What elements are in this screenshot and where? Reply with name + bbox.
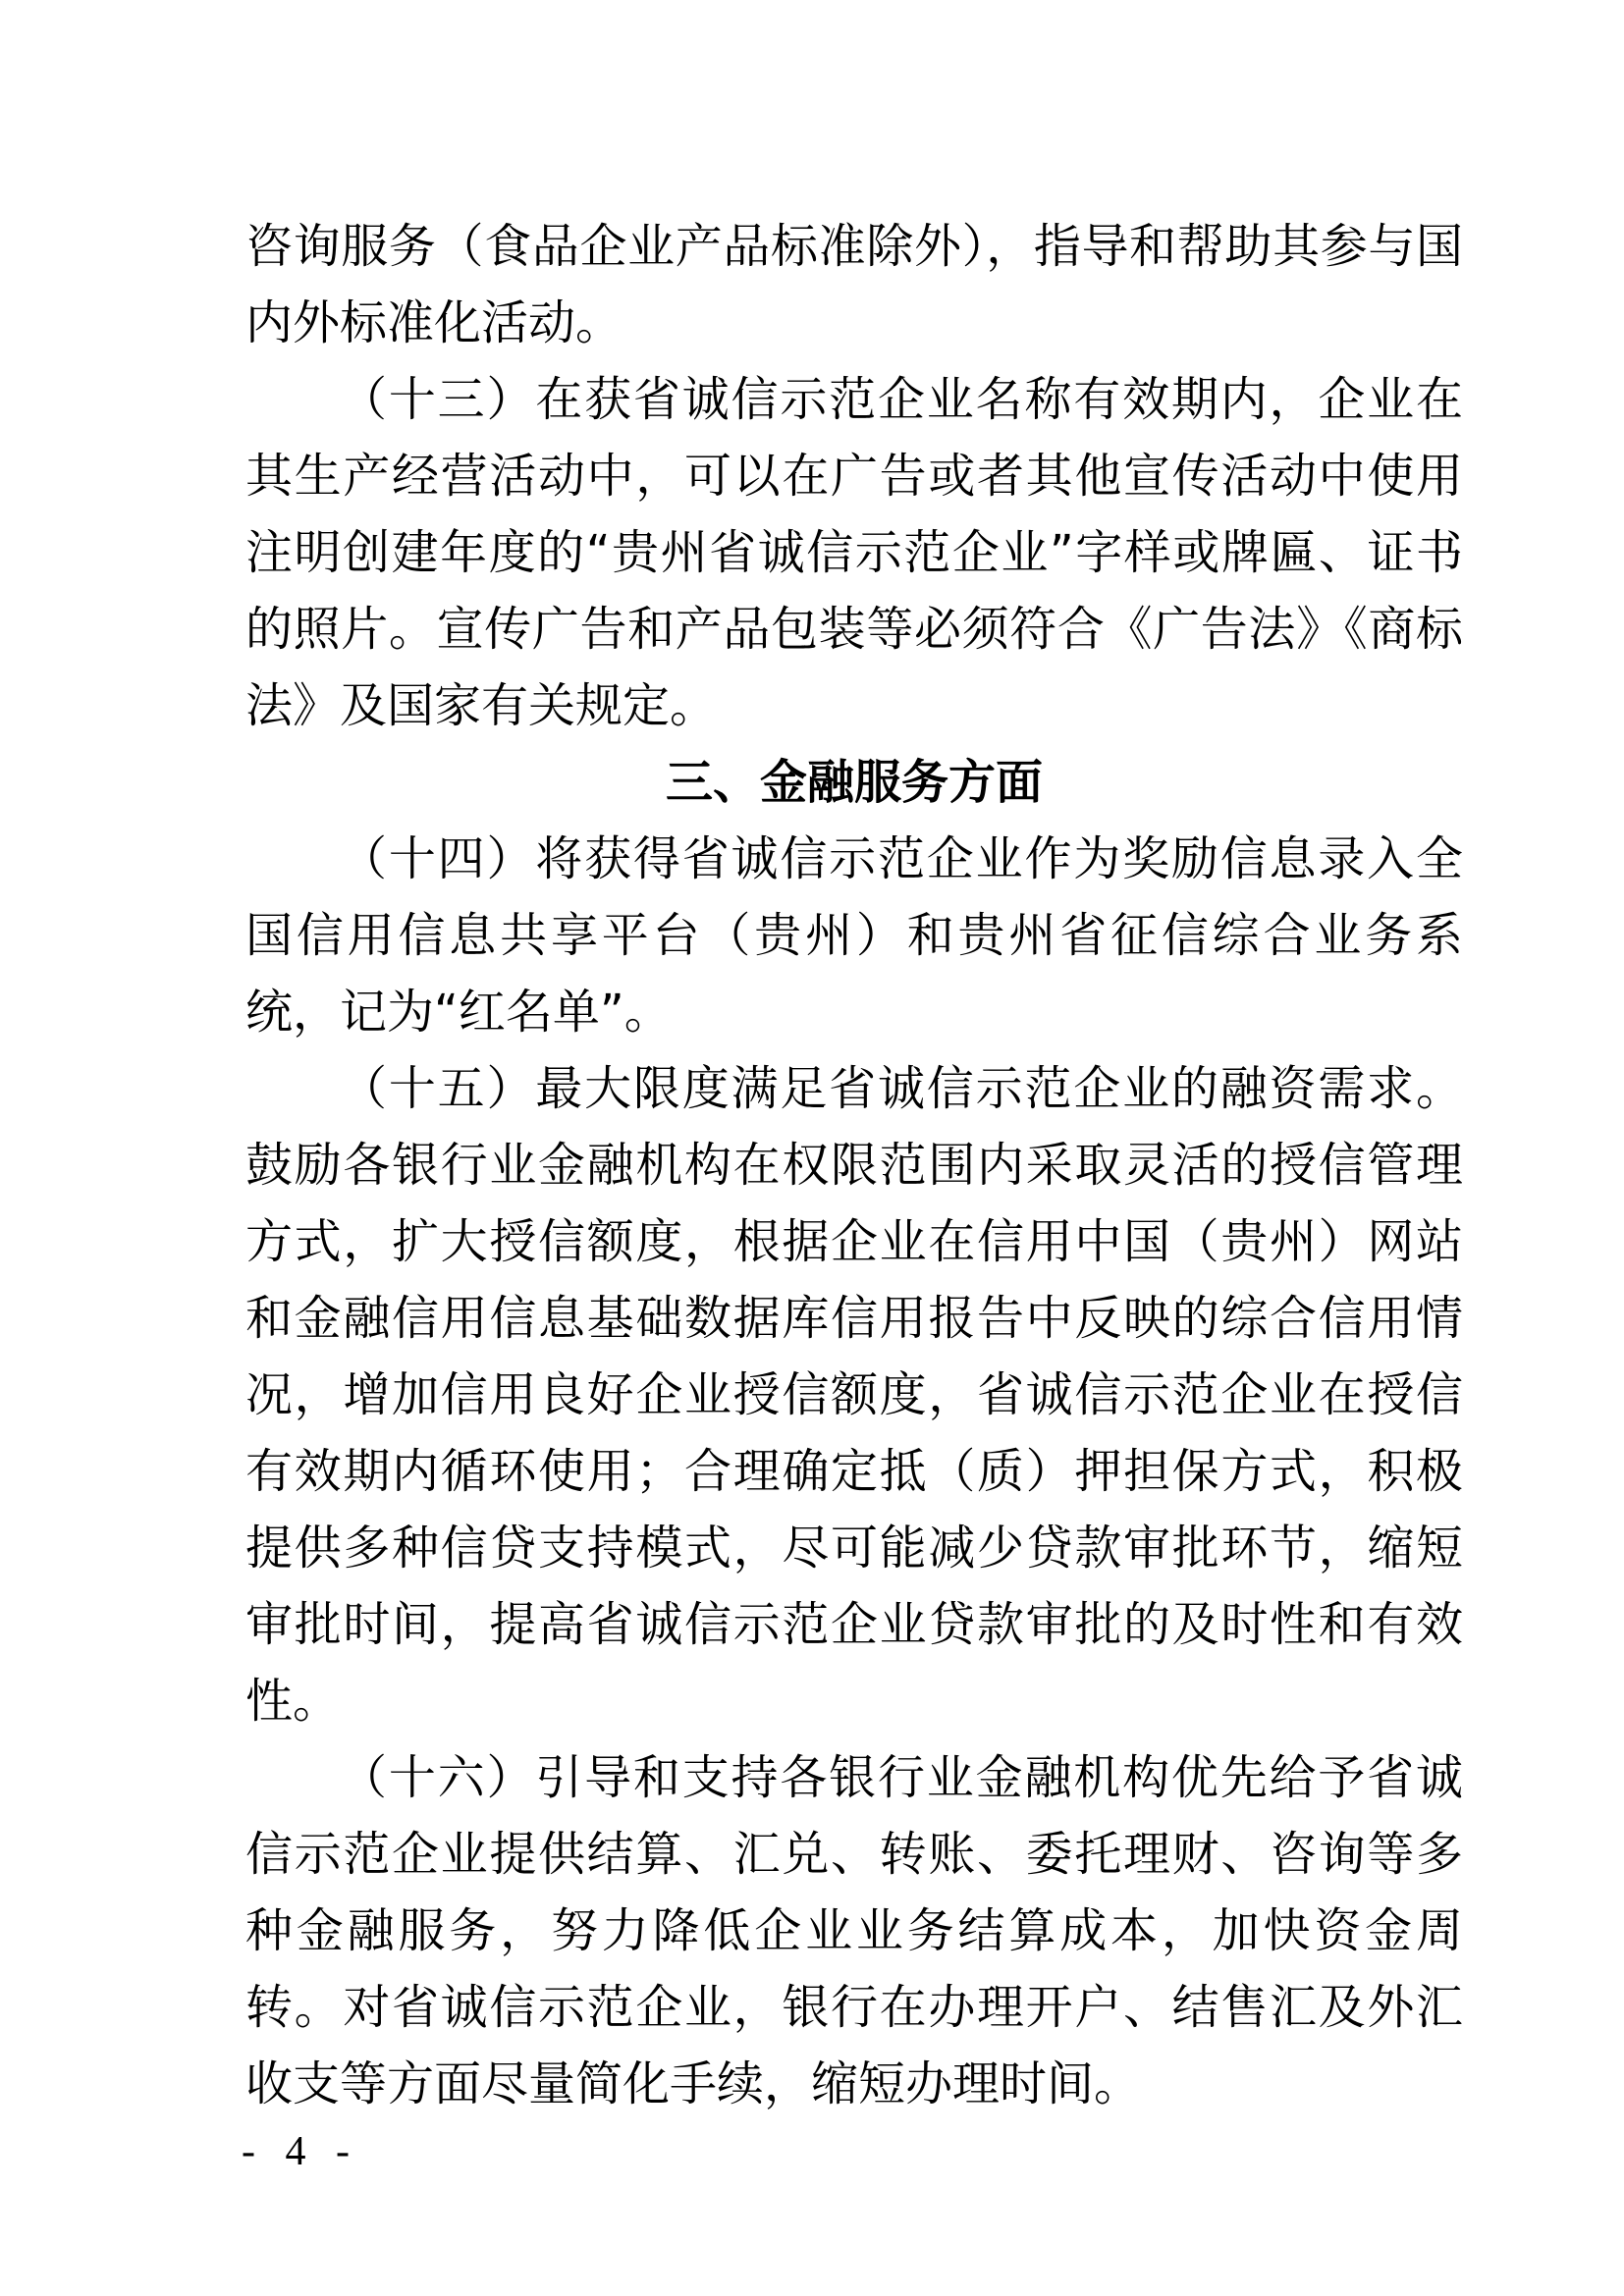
page-number: - 4 - [242,2128,359,2175]
section-heading-finance-services: 三、金融服务方面 [245,744,1463,821]
paragraph-continuation: 咨询服务（食品企业产品标准除外），指导和帮助其参与国内外标准化活动。 [245,208,1463,361]
document-page: 咨询服务（食品企业产品标准除外），指导和帮助其参与国内外标准化活动。 （十三）在… [0,0,1624,2296]
paragraph-item-13: （十三）在获省诚信示范企业名称有效期内，企业在其生产经营活动中，可以在广告或者其… [245,361,1463,744]
paragraph-item-15: （十五）最大限度满足省诚信示范企业的融资需求。鼓励各银行业金融机构在权限范围内采… [245,1050,1463,1739]
paragraph-item-14: （十四）将获得省诚信示范企业作为奖励信息录入全国信用信息共享平台（贵州）和贵州省… [245,821,1463,1050]
paragraph-item-16: （十六）引导和支持各银行业金融机构优先给予省诚信示范企业提供结算、汇兑、转账、委… [245,1739,1463,2122]
document-body: 咨询服务（食品企业产品标准除外），指导和帮助其参与国内外标准化活动。 （十三）在… [245,208,1463,2122]
